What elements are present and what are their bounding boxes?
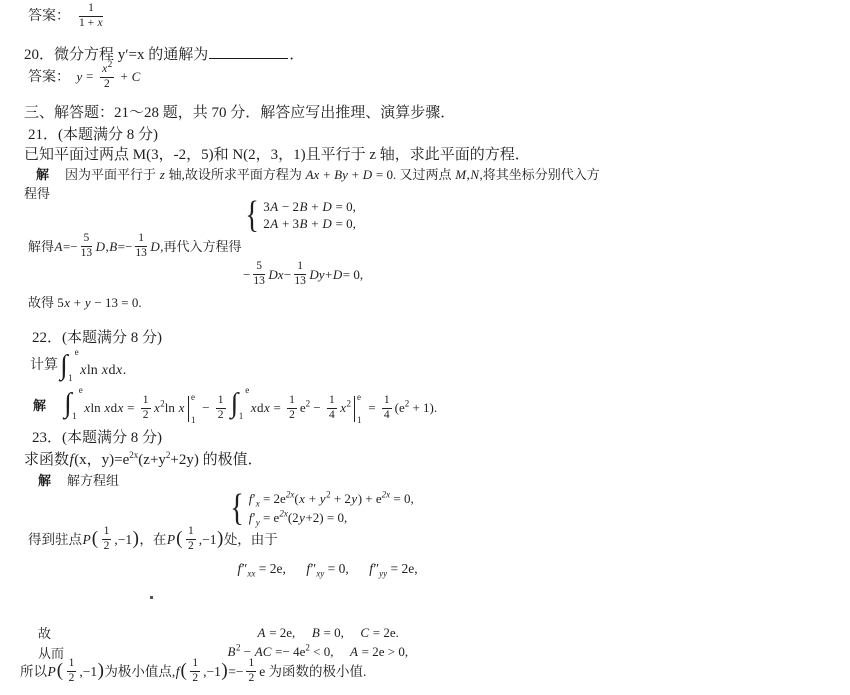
answer-19-label: 答案： [28,8,70,26]
solution-21-para-1: 解因为平面平行于 z 轴,故设所求平面方程为 Ax + By + D = 0. … [36,167,600,183]
solution-label: 解 [36,167,49,182]
stray-mark [150,596,153,599]
question-20-text: 20．微分方程 y′=x 的通解为 [24,47,208,63]
system-23: {f′x = 2e2x(x + y2 + 2y) + e2x = 0,f′y =… [228,489,414,527]
system-21: {3A − 2B + D = 0,2A + 3B + D = 0, [243,196,356,234]
math-solutions-document: 答案： 11 + x 20．微分方程 y′=x 的通解为． 答案： y = x2… [0,0,850,695]
solution-21-text: 因为平面平行于 z 轴,故设所求平面方程为 Ax + By + D = 0. 又… [65,167,600,182]
solution-21-para-3: 解得 A =− 513D,B =− 113D,再代入方程得 [28,232,242,262]
compute-label: 计算 [30,357,58,375]
integral-expression: ∫e1xln xdx. [58,351,126,381]
answer-19-formula: 11 + x [76,3,106,30]
solution-22-equation: ∫e1xln xdx = 12x2ln xe1 − 12∫e1xdx = 12e… [62,389,437,423]
solution-label: 解 [33,398,46,414]
solution-21-result: 故得 5x + y − 13 = 0. [28,295,142,311]
answer-blank-underline [209,45,288,59]
answer-20-label: 答案： [28,69,70,87]
problem-23-header: 23．(本题满分 8 分) [32,429,162,448]
problem-22-question: 计算∫e1xln xdx. [30,347,126,385]
solution-label: 解 [38,473,51,488]
problem-22-header: 22．(本题满分 8 分) [32,329,162,348]
solve-system-text: 解方程组 [67,473,119,488]
answer-20-formula: y = x22 + C [76,64,141,91]
question-20-line: 20．微分方程 y′=x 的通解为． [24,45,304,65]
second-derivatives-line: f″xx = 2e,f″xy = 0,f″yy = 2e, [237,561,418,578]
equation-21: − 513Dx − 113Dy + D = 0, [243,260,363,290]
problem-21-header: 21．(本题满分 8 分) [28,126,158,145]
problem-23-question: 求函数f(x，y)=e2x(z+y2+2y) 的极值． [24,451,263,470]
conclusion-line: 所以 P(12,−1)为极小值点,f(12,−1) =− 12e 为函数的极小值… [20,655,366,689]
section-3-header: 三、解答题：21～28 题，共 70 分．解答应写出推理、演算步骤． [24,104,455,123]
answer-20-line: 答案： y = x22 + C [28,63,141,93]
question-20-period: ． [289,47,304,63]
problem-21-question: 已知平面过两点 M(3，-2，5)和 N(2，3，1)且平行于 z 轴，求此平面… [24,146,530,165]
solution-23-stationary-point: 得到驻点 P(12,−1)，在 P(12,−1)处，由于 [28,524,278,556]
abc-label: 故 [38,626,51,642]
solution-23-intro: 解解方程组 [38,473,119,489]
solution-21-para-2: 程得 [24,186,50,202]
abc-values-line: A = 2e,B = 0,C = 2e. [257,625,399,641]
answer-19-line: 答案： 11 + x [28,2,106,32]
solution-22-line: 解∫e1xln xdx = 12x2ln xe1 − 12∫e1xdx = 12… [33,387,437,425]
